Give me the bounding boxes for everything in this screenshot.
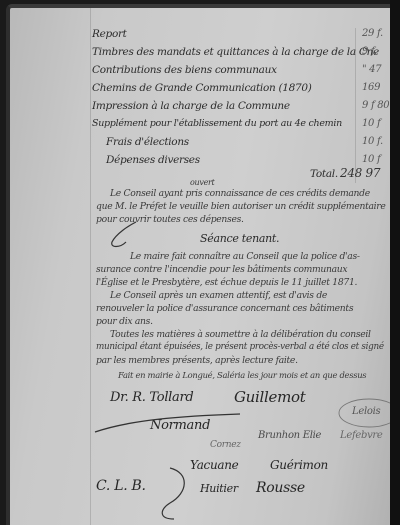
signature: Brunhon Elie xyxy=(258,430,321,441)
register-page: Report 29 f. Timbres des mandats et quit… xyxy=(6,4,394,525)
expense-label: Frais d'élections xyxy=(106,136,189,148)
expense-amount: 9 f 80 xyxy=(362,100,389,111)
paragraph-line: que M. le Préfet le veuille bien autoris… xyxy=(96,201,386,212)
paragraph-line: surance contre l'incendie pour les bâtim… xyxy=(96,264,347,275)
expense-amount: 169 xyxy=(362,82,380,93)
paragraph-line: Le Conseil après un examen attentif, est… xyxy=(110,290,327,301)
expense-amount: 10 f xyxy=(362,118,380,129)
signature: Guérimon xyxy=(270,458,328,472)
paragraph-line: par les membres présents, après lecture … xyxy=(96,355,298,366)
expense-label: Contributions des biens communaux xyxy=(92,64,277,76)
paragraph-line: renouveler la police d'assurance concern… xyxy=(96,303,353,314)
section-heading: Séance tenant. xyxy=(200,232,279,245)
paragraph-line: municipal étant épuisées, le présent pro… xyxy=(96,342,384,352)
signature-flourish-icon xyxy=(90,408,250,438)
expense-label: Report xyxy=(92,28,127,40)
expense-label: Timbres des mandats et quittances à la c… xyxy=(92,46,379,58)
paragraph-line: Le Conseil ayant pris connaissance de ce… xyxy=(110,188,370,199)
expense-label: Supplément pour l'établissement du port … xyxy=(92,118,342,129)
binding-edge xyxy=(390,0,400,525)
expense-label: Dépenses diverses xyxy=(106,154,200,166)
signature: Huitier xyxy=(200,482,238,495)
expense-amount: 9 f. xyxy=(362,46,377,57)
signature: Cornez xyxy=(210,440,241,450)
signature: Guillemot xyxy=(234,388,306,406)
paragraph-line: Le maire fait connaître au Conseil que l… xyxy=(130,251,360,262)
total-amount: 248 97 xyxy=(340,166,380,180)
expense-amount: " 47 xyxy=(362,64,381,75)
insertion-word: ouvert xyxy=(190,178,214,187)
paragraph-line: Toutes les matières à soumettre à la dél… xyxy=(110,329,371,340)
signature-flourish-icon xyxy=(140,463,200,523)
total-label: Total. xyxy=(310,168,338,180)
margin-rule xyxy=(90,8,91,525)
signature: Rousse xyxy=(256,480,305,496)
paragraph-line: pour dix ans. xyxy=(96,316,153,327)
paragraph-line: l'Église et le Presbytère, est échue dep… xyxy=(96,277,357,288)
signature: C. L. B. xyxy=(96,478,146,494)
expense-amount: 10 f xyxy=(362,154,380,165)
expense-amount: 10 f. xyxy=(362,136,383,147)
expense-label: Chemins de Grande Communication (1870) xyxy=(92,82,312,94)
signature: Dr. R. Tollard xyxy=(110,390,193,405)
expense-label: Impression à la charge de la Commune xyxy=(92,100,290,112)
paragraph-line: Fait en mairie à Longué, Saléria les jou… xyxy=(118,370,366,380)
expense-amount: 29 f. xyxy=(362,28,383,39)
flourish-icon xyxy=(106,220,146,250)
